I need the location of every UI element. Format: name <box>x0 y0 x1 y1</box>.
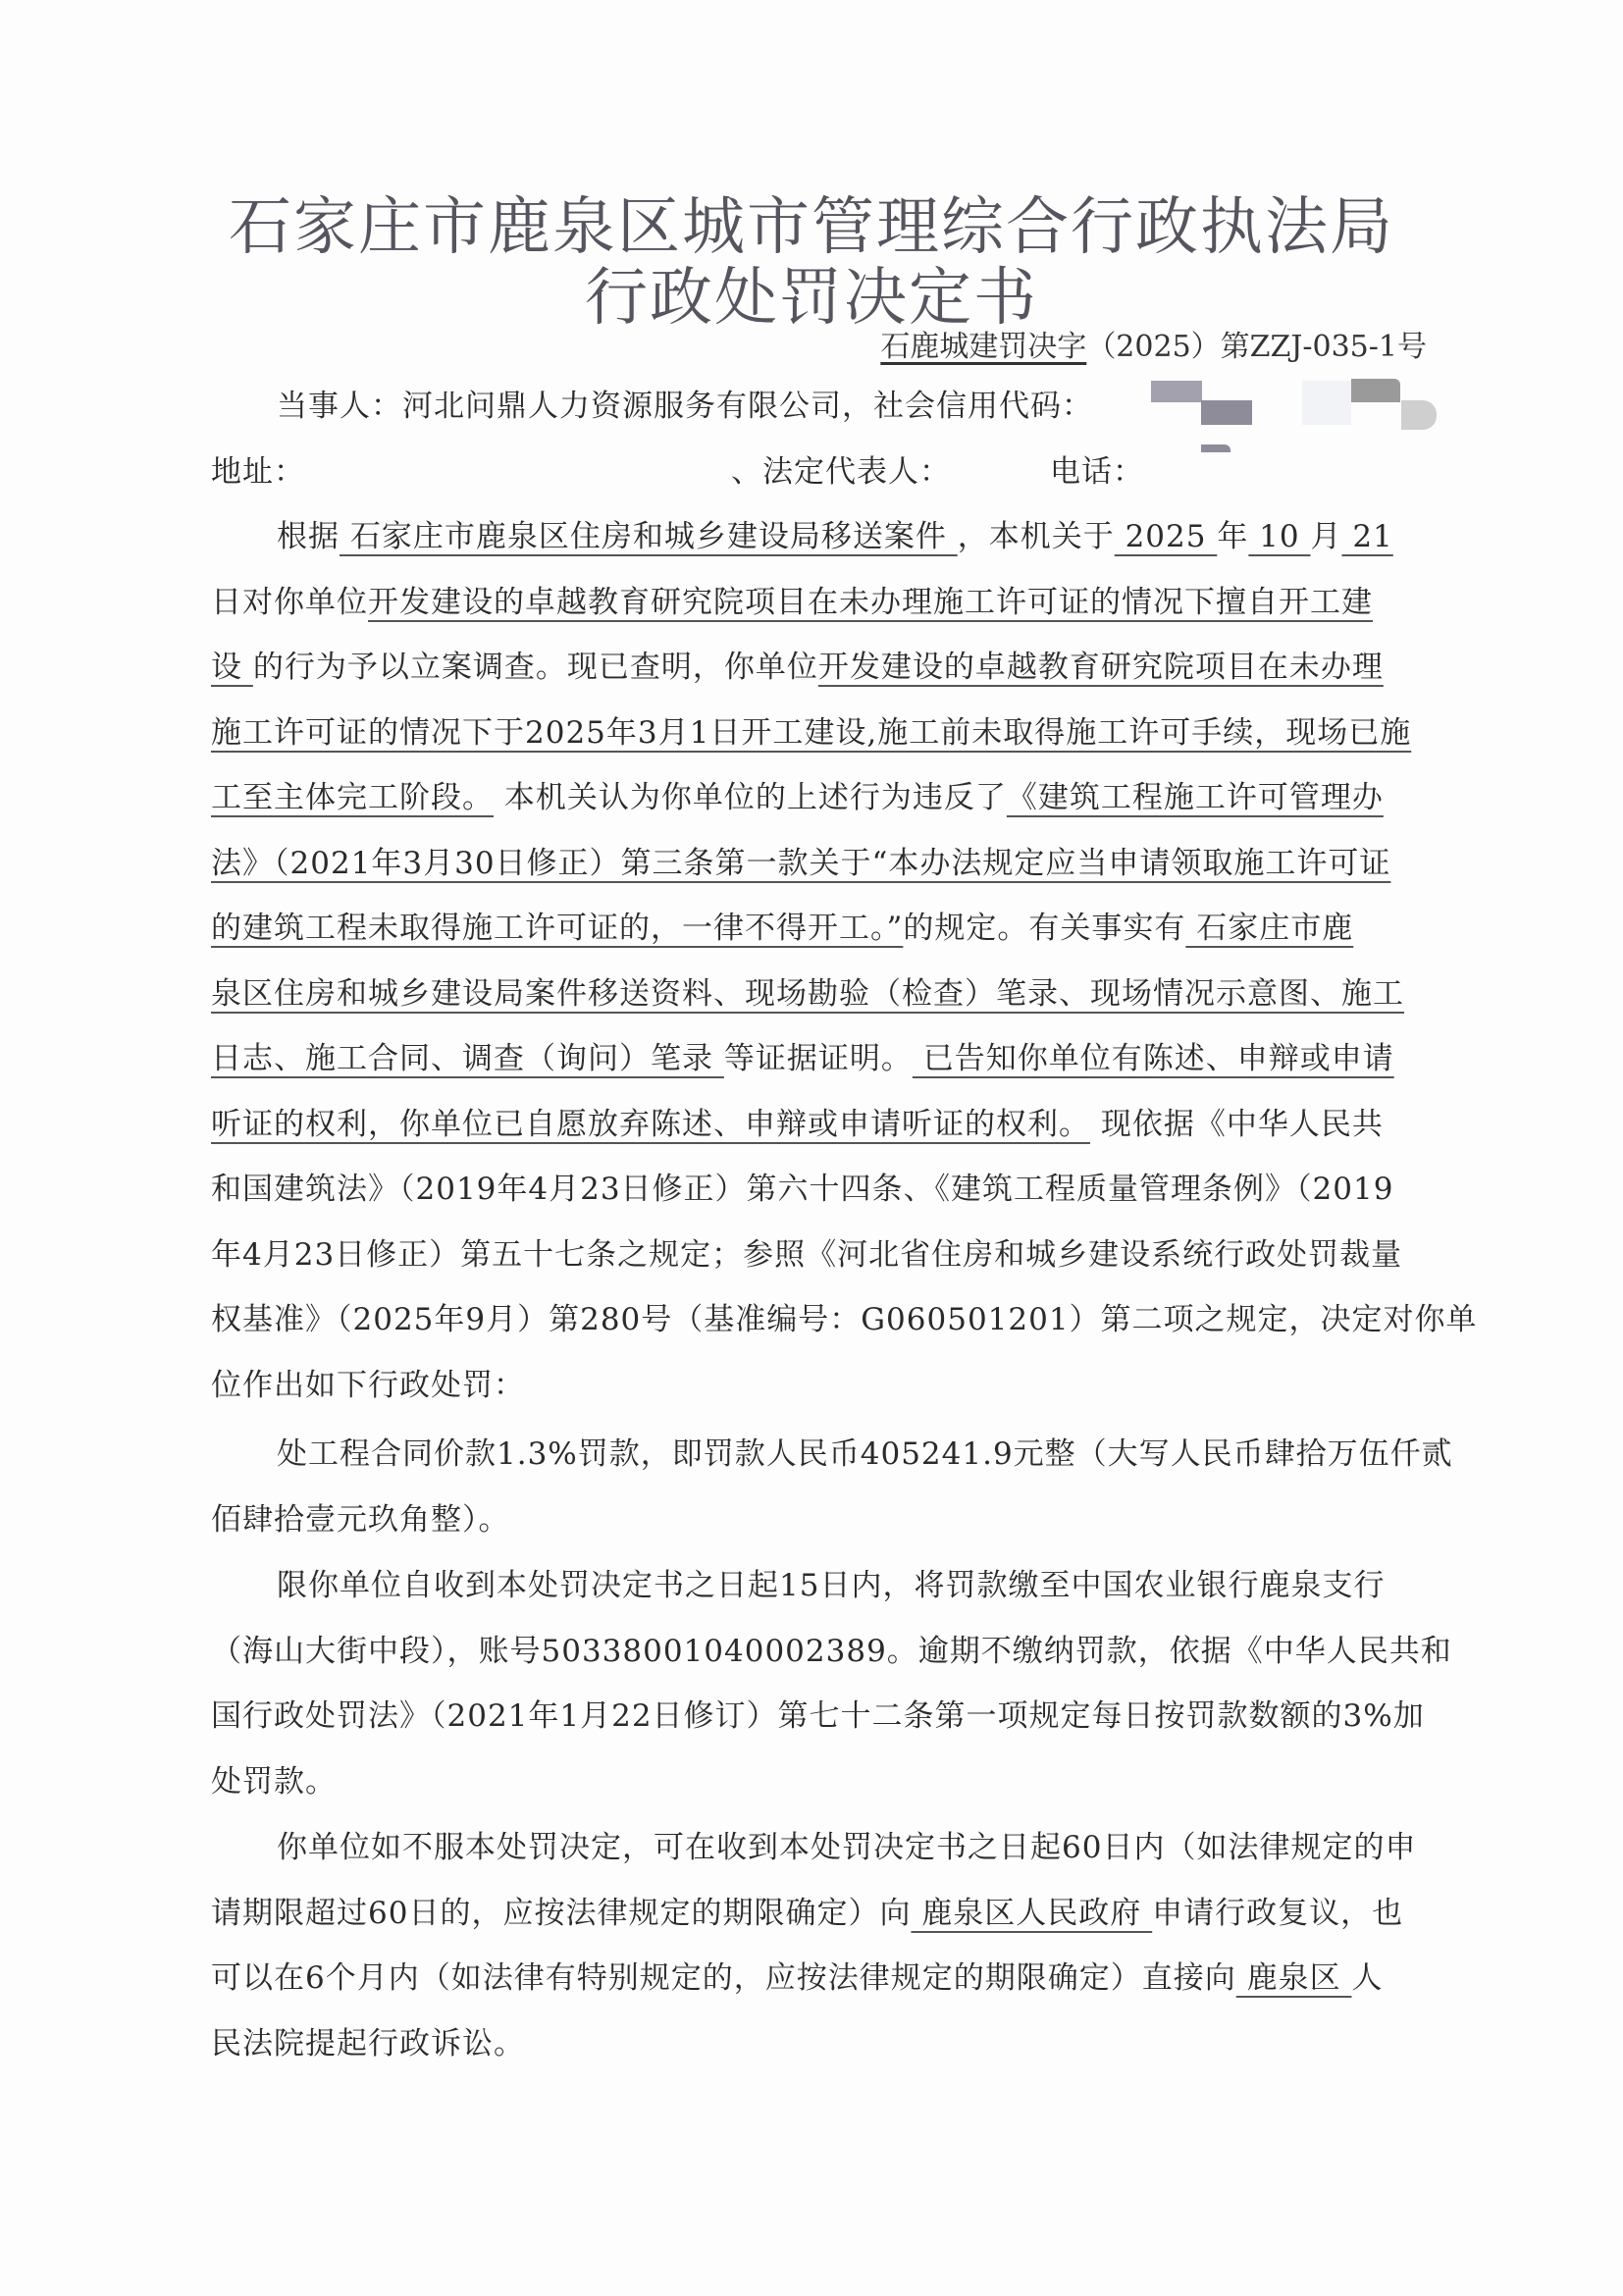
text-line: 根据 石家庄市鹿泉区住房和城乡建设局移送案件 ，本机关于 2025 年 10 月… <box>277 517 1425 556</box>
text-line: 限你单位自收到本处罚决定书之日起15日内，将罚款缴至中国农业银行鹿泉支行 <box>277 1566 1425 1605</box>
filled-field: 21 <box>1341 519 1392 554</box>
filled-field: 法》（2021年3月30日修正）第三条第一款关于“本办法规定应当申请领取施工许可… <box>211 846 1390 881</box>
text-line: 泉区住房和城乡建设局案件移送资料、现场勘验（检查）笔录、现场情况示意图、施工 <box>211 974 1428 1014</box>
text-segment: 国行政处罚法》（2021年1月22日修订）第七十二条第一项规定每日按罚款数额的3… <box>211 1698 1425 1734</box>
text-segment: 人 <box>1351 1960 1383 1996</box>
document-number: 石鹿城建罚决字（2025）第ZZJ-035-1号 <box>880 322 1427 365</box>
text-line: 听证的权利，你单位已自愿放弃陈述、申辩或申请听证的权利。 现依据《中华人民共 <box>211 1105 1428 1144</box>
party-line: 当事人：河北问鼎人力资源服务有限公司，社会信用代码： <box>277 387 1425 426</box>
text-segment: 民法院提起行政诉讼。 <box>211 2026 525 2061</box>
redaction-block <box>1401 400 1437 430</box>
text-segment: 日对你单位 <box>211 585 368 620</box>
text-segment: 你单位如不服本处罚决定，可在收到本处罚决定书之日起60日内（如法律规定的申 <box>277 1830 1416 1865</box>
text-line: 年4月23日修正）第五十七条之规定；参照《河北省住房和城乡建设系统行政处罚裁量 <box>211 1235 1428 1275</box>
filled-field: 10 <box>1248 519 1310 554</box>
text-segment: 年 <box>1217 519 1248 554</box>
text-line: 国行政处罚法》（2021年1月22日修订）第七十二条第一项规定每日按罚款数额的3… <box>211 1696 1428 1736</box>
text-segment: 处罚款。 <box>211 1764 337 1800</box>
phone-label: 电话： <box>1050 452 1144 492</box>
text-line: （海山大街中段），账号50338001040002389。逾期不缴纳罚款，依据《… <box>211 1632 1428 1671</box>
legal-rep-label: 、法定代表人： <box>731 452 951 492</box>
text-line: 处罚款。 <box>211 1762 1428 1801</box>
text-segment: 佰肆拾壹元玖角整）。 <box>211 1502 510 1538</box>
doc-number-suffix: （2025）第ZZJ-035-1号 <box>1086 330 1427 364</box>
redaction-block <box>1151 381 1202 402</box>
text-line: 设 的行为予以立案调查。现已查明，你单位开发建设的卓越教育研究院项目在未办理 <box>211 648 1428 687</box>
text-line: 法》（2021年3月30日修正）第三条第一款关于“本办法规定应当申请领取施工许可… <box>211 844 1428 883</box>
text-line: 日志、施工合同、调查（询问）笔录 等证据证明。 已告知你单位有陈述、申辩或申请 <box>211 1039 1428 1078</box>
text-segment: 申请行政复议，也 <box>1152 1896 1403 1931</box>
redaction-block <box>1201 400 1252 425</box>
text-segment: 现依据《中华人民共 <box>1090 1107 1384 1142</box>
filled-field: 施工许可证的情况下于2025年3月1日开工建设,施工前未取得施工许可手续，现场已… <box>211 715 1411 751</box>
text-segment: 权基准》（2025年9月）第280号（基准编号：G060501201）第二项之规… <box>211 1302 1478 1337</box>
filled-field: 石家庄市鹿泉区住房和城乡建设局移送案件 <box>340 519 958 554</box>
text-segment: （海山大街中段），账号50338001040002389。逾期不缴纳罚款，依据《… <box>211 1634 1452 1669</box>
text-line: 佰肆拾壹元玖角整）。 <box>211 1500 1428 1539</box>
text-segment: 处工程合同价款1.3%罚款，即罚款人民币405241.9元整（大写人民币肆拾万伍… <box>277 1436 1453 1472</box>
filled-field: 鹿泉区 <box>1236 1960 1352 1996</box>
redaction-block <box>1351 379 1400 402</box>
text-segment: 的行为予以立案调查。现已查明，你单位 <box>253 650 818 685</box>
text-line: 的建筑工程未取得施工许可证的，一律不得开工。”的规定。有关事实有 石家庄市鹿 <box>211 909 1428 948</box>
text-segment: 的规定。有关事实有 <box>903 911 1185 946</box>
text-line: 你单位如不服本处罚决定，可在收到本处罚决定书之日起60日内（如法律规定的申 <box>277 1828 1425 1867</box>
filled-field: 设 <box>211 650 253 685</box>
redaction-block <box>1201 444 1230 452</box>
text-segment: 和国建筑法》（2019年4月23日修正）第六十四条、《建筑工程质量管理条例》（2… <box>211 1172 1393 1207</box>
filled-field: 的建筑工程未取得施工许可证的，一律不得开工。” <box>211 911 903 946</box>
filled-field: 开发建设的卓越教育研究院项目在未办理 <box>818 650 1384 685</box>
filled-field: 工至主体完工阶段。 <box>211 780 494 815</box>
text-segment: 限你单位自收到本处罚决定书之日起15日内，将罚款缴至中国农业银行鹿泉支行 <box>277 1568 1385 1603</box>
redaction-block <box>1302 381 1351 425</box>
text-line: 日对你单位开发建设的卓越教育研究院项目在未办理施工许可证的情况下擅自开工建 <box>211 583 1428 622</box>
text-segment: 本机关认为你单位的上述行为违反了 <box>494 780 1007 815</box>
text-line: 和国建筑法》（2019年4月23日修正）第六十四条、《建筑工程质量管理条例》（2… <box>211 1170 1428 1209</box>
text-line: 民法院提起行政诉讼。 <box>211 2024 1428 2063</box>
text-line: 可以在6个月内（如法律有特别规定的，应按法律规定的期限确定）直接向 鹿泉区 人 <box>211 1958 1428 1998</box>
text-segment: 请期限超过60日的，应按法律规定的期限确定）向 <box>211 1896 911 1931</box>
filled-field: 石家庄市鹿 <box>1185 911 1353 946</box>
filled-field: 日志、施工合同、调查（询问）笔录 <box>211 1041 724 1076</box>
text-line: 施工许可证的情况下于2025年3月1日开工建设,施工前未取得施工许可手续，现场已… <box>211 713 1428 753</box>
filled-field: 泉区住房和城乡建设局案件移送资料、现场勘验（检查）笔录、现场情况示意图、施工 <box>211 976 1404 1012</box>
text-line: 工至主体完工阶段。 本机关认为你单位的上述行为违反了《建筑工程施工许可管理办 <box>211 778 1428 817</box>
text-segment: 根据 <box>277 519 340 554</box>
text-segment: 位作出如下行政处罚： <box>211 1368 525 1403</box>
filled-field: 开发建设的卓越教育研究院项目在未办理施工许可证的情况下擅自开工建 <box>368 585 1373 620</box>
text-segment: 年4月23日修正）第五十七条之规定；参照《河北省住房和城乡建设系统行政处罚裁量 <box>211 1237 1402 1273</box>
text-line: 处工程合同价款1.3%罚款，即罚款人民币405241.9元整（大写人民币肆拾万伍… <box>277 1435 1425 1474</box>
text-segment: 月 <box>1310 519 1341 554</box>
address-label: 地址： <box>211 454 305 490</box>
text-line: 请期限超过60日的，应按法律规定的期限确定）向 鹿泉区人民政府 申请行政复议，也 <box>211 1894 1428 1933</box>
text-line: 权基准》（2025年9月）第280号（基准编号：G060501201）第二项之规… <box>211 1300 1428 1339</box>
doc-number-prefix: 石鹿城建罚决字 <box>880 330 1086 364</box>
address-line: 地址： 、法定代表人： 电话： <box>211 452 1428 492</box>
text-line: 位作出如下行政处罚： <box>211 1366 1428 1405</box>
text-segment: 等证据证明。 <box>724 1041 913 1076</box>
filled-field: 鹿泉区人民政府 <box>911 1896 1152 1931</box>
filled-field: 《建筑工程施工许可管理办 <box>1007 780 1384 815</box>
text-segment: 可以在6个月内（如法律有特别规定的，应按法律规定的期限确定）直接向 <box>211 1960 1236 1996</box>
filled-field: 2025 <box>1115 519 1218 554</box>
filled-field: 已告知你单位有陈述、申辩或申请 <box>913 1041 1394 1076</box>
filled-field: 听证的权利，你单位已自愿放弃陈述、申辩或申请听证的权利。 <box>211 1107 1090 1142</box>
penalty-decision-document: 石家庄市鹿泉区城市管理综合行政执法局 行政处罚决定书 石鹿城建罚决字（2025）… <box>0 0 1623 2296</box>
text-segment: ，本机关于 <box>958 519 1115 554</box>
